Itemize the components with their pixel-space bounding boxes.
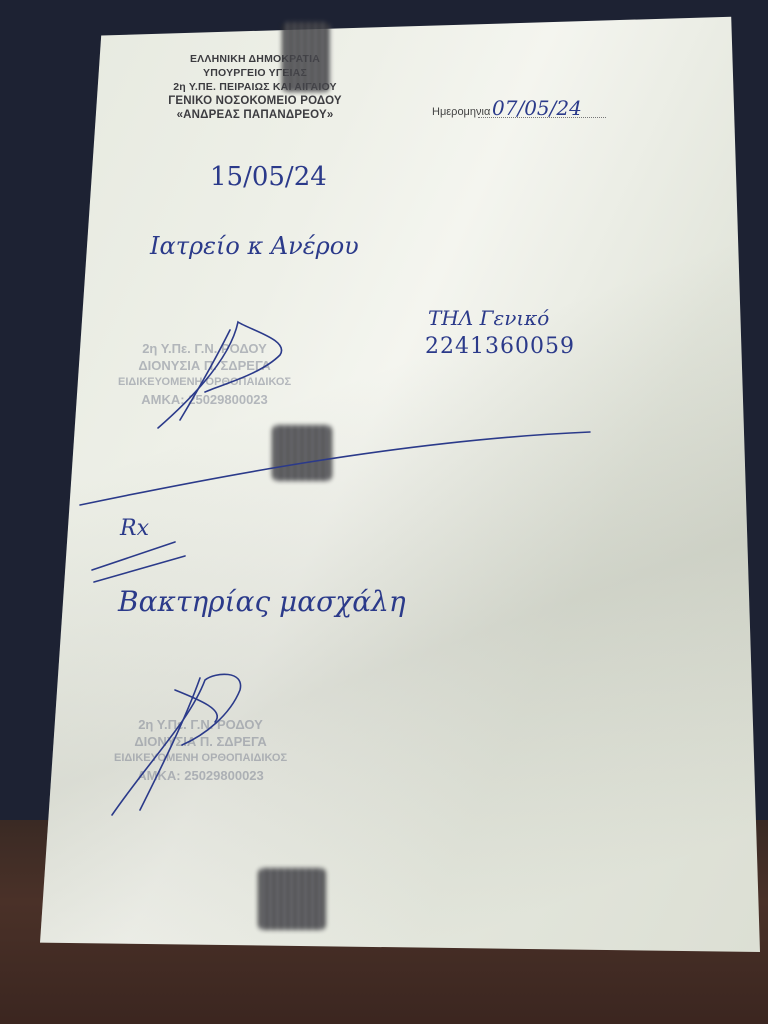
stamp-line: ΕΙΔΙΚΕΥΟΜΕΝΗ ΟΡΘΟΠΑΙΔΙΚΟΣ: [114, 750, 287, 767]
paper-sheet: [40, 12, 760, 952]
phone-label: ΤΗΛ Γενικό: [428, 306, 549, 330]
redaction-blur: [272, 425, 332, 481]
appointment-date: 15/05/24: [210, 162, 327, 192]
hospital-name: ΓΕΝΙΚΟ ΝΟΣΟΚΟΜΕΙΟ ΡΟΔΟΥ: [165, 94, 345, 108]
stamp-line: ΑΜΚΑ: 25029800023: [114, 767, 287, 784]
stamp-line: 2η Υ.Πε. Γ.Ν. ΡΟΔΟΥ: [118, 340, 291, 357]
stamp-line: ΕΙΔΙΚΕΥΟΜΕΝΗ ΟΡΘΟΠΑΙΔΙΚΟΣ: [118, 374, 291, 391]
hospital-subname: «ΑΝΔΡΕΑΣ ΠΑΠΑΝΔΡΕΟΥ»: [165, 108, 345, 122]
phone-number: 2241360059: [425, 334, 575, 359]
stamp-line: 2η Υ.Πε. Γ.Ν. ΡΟΔΟΥ: [114, 716, 287, 733]
redaction-blur: [282, 22, 330, 92]
doctor-stamp: 2η Υ.Πε. Γ.Ν. ΡΟΔΟΥ ΔΙΟΝΥΣΙΑ Π. ΣΔΡΕΓΑ Ε…: [118, 340, 291, 408]
stamp-line: ΑΜΚΑ: 25029800023: [118, 391, 291, 408]
prescription-text: Βακτηρίας μασχάλη: [118, 585, 406, 618]
stamp-line: ΔΙΟΝΥΣΙΑ Π. ΣΔΡΕΓΑ: [114, 733, 287, 750]
stamp-line: ΔΙΟΝΥΣΙΑ Π. ΣΔΡΕΓΑ: [118, 357, 291, 374]
addressee: Ιατρείο κ Ανέρου: [150, 232, 359, 260]
doctor-stamp: 2η Υ.Πε. Γ.Ν. ΡΟΔΟΥ ΔΙΟΝΥΣΙΑ Π. ΣΔΡΕΓΑ Ε…: [114, 716, 287, 784]
redaction-blur: [258, 868, 326, 930]
issue-date: 07/05/24: [492, 96, 582, 120]
rx-symbol: Rx: [120, 516, 149, 541]
